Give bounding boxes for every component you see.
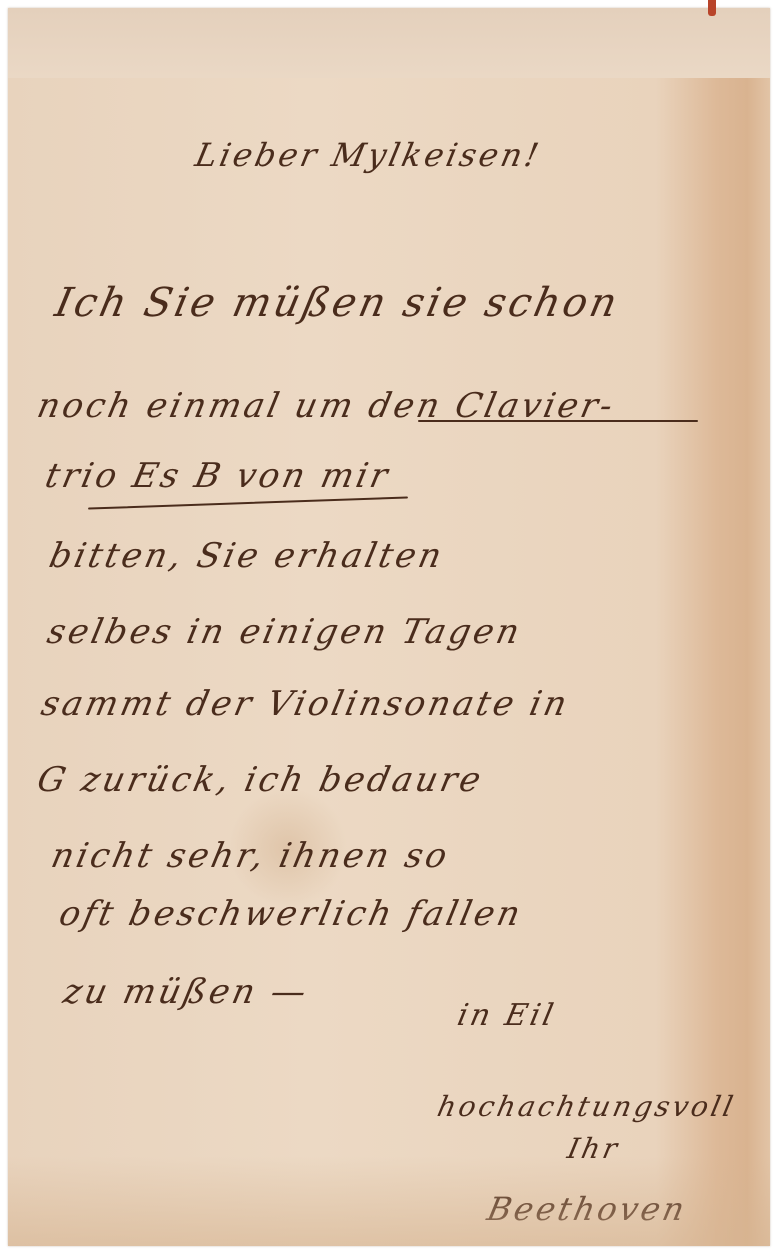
letter-line: G zurück, ich bedaure — [34, 760, 488, 800]
signature-line: Ihr — [564, 1132, 622, 1165]
letter-line: sammt der Violinsonate in — [38, 684, 574, 724]
ribbon-tab — [708, 0, 716, 16]
letter-line: trio Es B von mir — [42, 456, 394, 496]
underline — [418, 420, 698, 422]
letter-line: selbes in einigen Tagen — [44, 612, 526, 652]
letter-line: zu müßen — — [60, 972, 313, 1012]
letter-line: nicht sehr, ihnen so — [48, 836, 454, 876]
closing: in Eil — [454, 998, 559, 1033]
letter-page: Lieber Mylkeisen! Ich Sie müßen sie scho… — [8, 8, 770, 1246]
signature-line: hochachtungsvoll — [434, 1090, 738, 1123]
signature: Beethoven — [484, 1190, 691, 1228]
letter-line: Ich Sie müßen sie schon — [51, 280, 624, 326]
letter-line: bitten, Sie erhalten — [46, 536, 448, 576]
underline — [88, 496, 408, 509]
letter-line: oft beschwerlich fallen — [56, 894, 527, 934]
salutation: Lieber Mylkeisen! — [192, 136, 545, 174]
